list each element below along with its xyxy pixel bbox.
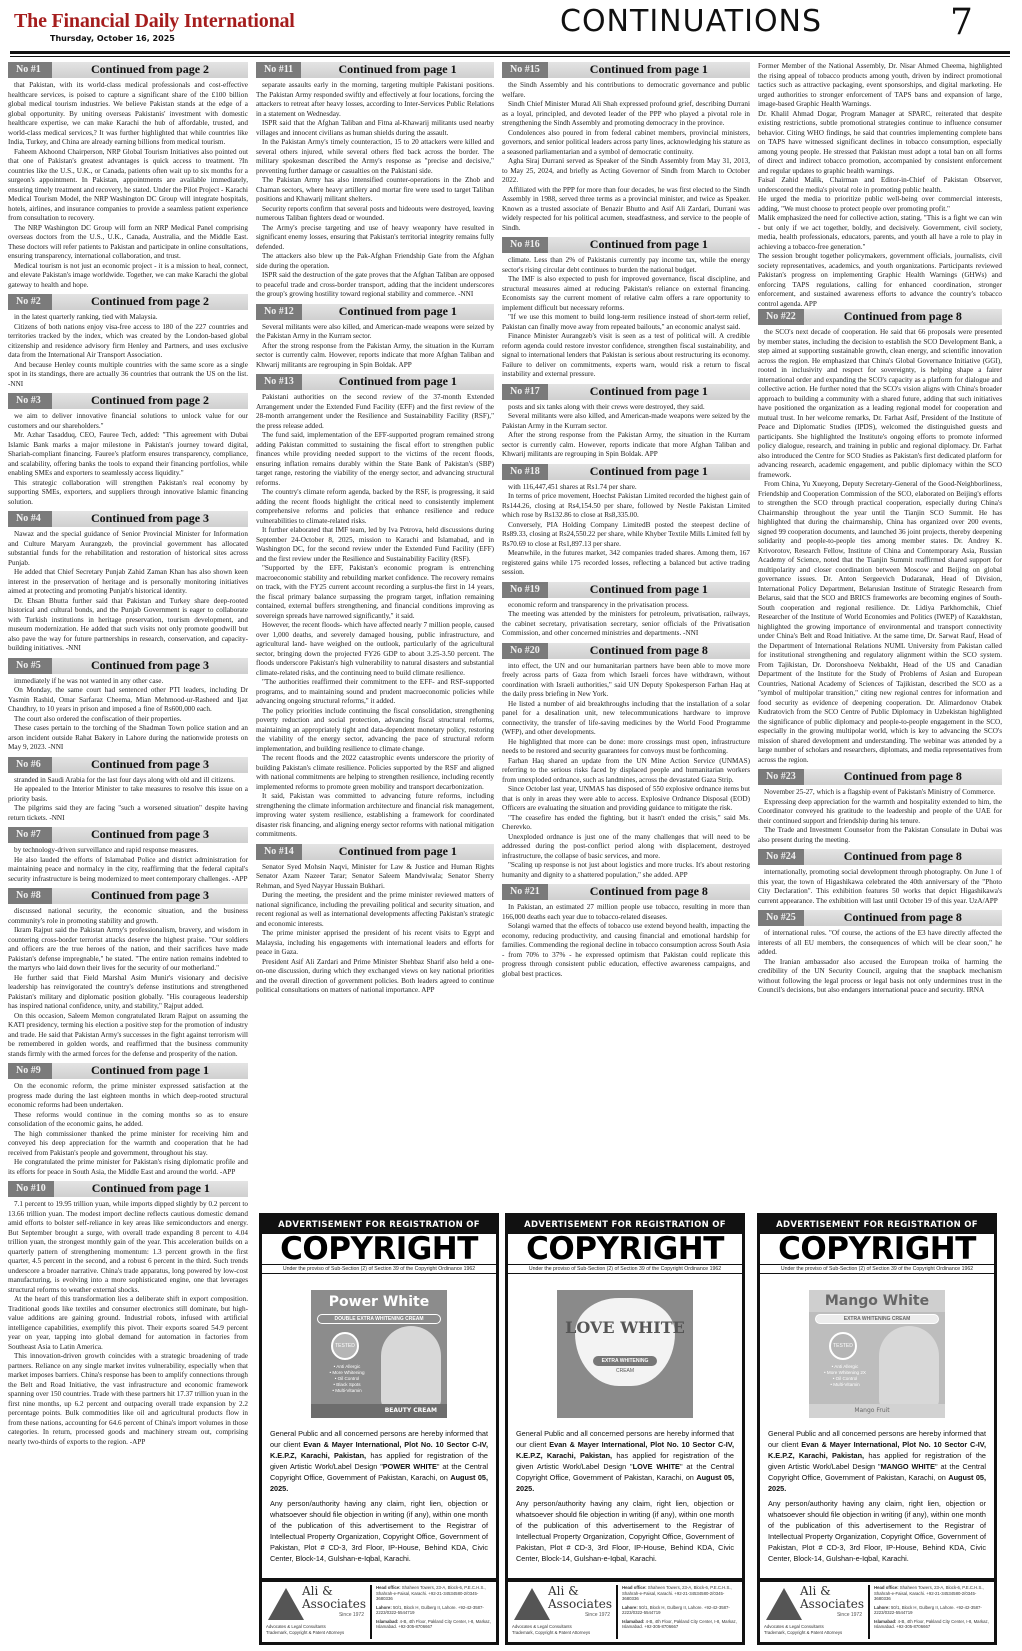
head-office-address: Head office: Shaheen Towers, 23-A, Block… — [874, 1585, 990, 1602]
continuation-article: No #18Continued from page 1with 116,447,… — [502, 464, 750, 578]
article-paragraph: posts and six tanks along with their cre… — [502, 403, 750, 413]
continuation-header: No #16Continued from page 1 — [502, 237, 750, 253]
article-paragraph: The Army's precise targeting and use of … — [256, 224, 494, 253]
article-paragraph: Former Member of the National Assembly, … — [758, 62, 1002, 110]
continued-from-label: Continued from page 1 — [548, 467, 750, 477]
article-paragraph: The NRP Washington DC Group will form an… — [8, 224, 248, 262]
product-label-image: LOVE WHITEEXTRA WHITENINGCREAM — [557, 1290, 693, 1418]
article-paragraph: the Sindh Assembly and his contributions… — [502, 81, 750, 100]
article-paragraph: On the economic reform, the prime minist… — [8, 1082, 248, 1111]
article-body: the SCO's next decade of cooperation. He… — [758, 328, 1002, 765]
ad-objection-paragraph: Any person/authority having any claim, r… — [270, 1498, 488, 1564]
design-name: POWER WHITE — [383, 1462, 437, 1471]
ad-headline: COPYRIGHT — [508, 1234, 742, 1265]
article-paragraph: Dr. Khalil Ahmad Dogar, Program Manager … — [758, 110, 1002, 177]
advertiser-name: Ali & Associates — [800, 1585, 868, 1611]
article-body: climate. Less than 2% of Pakistanis curr… — [502, 256, 750, 380]
column-4-lead-text: Former Member of the National Assembly, … — [758, 62, 1002, 309]
continued-from-label: Continued from page 1 — [54, 1184, 248, 1194]
page-number: 7 — [950, 2, 973, 43]
article-paragraph: The policy priorities include continuing… — [256, 707, 494, 755]
article-paragraph: Condolences also poured in from federal … — [502, 129, 750, 158]
article-paragraph: ISPR said the destruction of the gate pr… — [256, 271, 494, 300]
masthead-rule — [10, 51, 1010, 54]
advertiser-contacts: Head office: Shaheen Towers, 23-A, Block… — [868, 1585, 994, 1639]
advertiser-contacts: Head office: Shaheen Towers, 23-A, Block… — [370, 1585, 496, 1639]
article-paragraph: Faisal Zahid Malik, Chairman and Editor-… — [758, 176, 1002, 195]
continuation-header: No #20Continued from page 8 — [502, 643, 750, 659]
article-paragraph: He highlighted that more can be done: mo… — [502, 738, 750, 757]
article-paragraph: Nawaz and the special guidance of Senior… — [8, 530, 248, 568]
advertiser-contacts: Head office: Shaheen Towers, 23-A, Block… — [616, 1585, 742, 1639]
continuation-header: No #5Continued from page 3 — [8, 658, 248, 674]
ad-objection-paragraph: Any person/authority having any claim, r… — [768, 1498, 986, 1564]
ad-notice-paragraph: General Public and all concerned persons… — [270, 1428, 488, 1494]
article-number-badge: No #19 — [502, 582, 548, 598]
article-paragraph: Farhan Haq shared an update from the UN … — [502, 757, 750, 786]
ad-headline: COPYRIGHT — [262, 1234, 496, 1265]
tested-seal-icon: TESTED — [331, 1332, 359, 1360]
design-name: LOVE WHITE — [633, 1462, 680, 1471]
article-body: stranded in Saudi Arabia for the last fo… — [8, 776, 248, 824]
continuation-header: No #15Continued from page 1 — [502, 62, 750, 78]
ad-notice-paragraph: General Public and all concerned persons… — [516, 1428, 734, 1494]
article-paragraph: we aim to deliver innovative financial s… — [8, 412, 248, 431]
article-paragraph: He listed a number of aid breakthroughs … — [502, 700, 750, 738]
article-paragraph: On Monday, the same court had sentenced … — [8, 686, 248, 715]
continuation-header: No #23Continued from page 8 — [758, 769, 1002, 785]
triangle-logo-icon — [514, 1588, 550, 1620]
column-4: Former Member of the National Assembly, … — [758, 62, 1002, 1000]
continued-from-label: Continued from page 1 — [548, 585, 750, 595]
article-paragraph: He further said that Field Marshal Asim … — [8, 974, 248, 1012]
continuation-header: No #4Continued from page 3 — [8, 511, 248, 527]
article-number-badge: No #7 — [8, 827, 52, 843]
article-number-badge: No #20 — [502, 643, 548, 659]
article-paragraph: The IMF is also expected to push for imp… — [502, 275, 750, 313]
article-paragraph: Faheem Akhoond Chairperson, NRP Global T… — [8, 148, 248, 224]
continuation-article: No #3Continued from page 2we aim to deli… — [8, 393, 248, 507]
advertiser-logo: Ali & Associates Since 1972 Advocates & … — [262, 1582, 370, 1642]
lahore-address: Lahore: 50/1, Block H, Gulberg II, Lahor… — [874, 1605, 990, 1616]
continuation-header: No #7Continued from page 3 — [8, 827, 248, 843]
continued-from-label: Continued from page 3 — [52, 760, 248, 770]
product-footer: BEAUTY CREAM — [311, 1404, 447, 1418]
article-number-badge: No #21 — [502, 884, 548, 900]
continued-from-label: Continued from page 8 — [548, 646, 750, 656]
article-paragraph: The prime minister apprised the presiden… — [256, 929, 494, 958]
continuation-header: No #6Continued from page 3 — [8, 757, 248, 773]
continuation-article: No #15Continued from page 1the Sindh Ass… — [502, 62, 750, 233]
column-2: No #11Continued from page 1separate assa… — [256, 62, 494, 1000]
advertiser-name: Ali & Associates — [302, 1585, 370, 1611]
tested-seal-icon: TESTED — [829, 1332, 857, 1360]
continued-from-label: Continued from page 3 — [52, 891, 248, 901]
article-paragraph: 7.1 percent to 19.95 trillion yuan, whil… — [8, 1200, 248, 1295]
article-paragraph: stranded in Saudi Arabia for the last fo… — [8, 776, 248, 786]
article-paragraph: The Iranian ambassador also accused the … — [758, 958, 1002, 996]
continuation-article: No #12Continued from page 1Several milit… — [256, 304, 494, 371]
article-paragraph: "If we use this moment to build long-ter… — [502, 313, 750, 332]
copyright-ad-love-white: ADVERTISEMENT FOR REGISTRATION OF COPYRI… — [505, 1213, 745, 1645]
continued-from-label: Continued from page 1 — [548, 65, 750, 75]
continuation-header: No #2Continued from page 2 — [8, 294, 248, 310]
article-paragraph: It said, Pakistan was committed to advan… — [256, 792, 494, 840]
advertiser-footer: Ali & Associates Since 1972 Advocates & … — [508, 1578, 742, 1642]
continuation-header: No #1Continued from page 2 — [8, 62, 248, 78]
ad-subline: Under the proviso of Sub-Section (2) of … — [262, 1265, 496, 1274]
column-1: No #1Continued from page 2that Pakistan,… — [8, 62, 248, 1451]
continuation-article: No #9Continued from page 1On the economi… — [8, 1063, 248, 1177]
article-paragraph: Security reports confirm that several po… — [256, 205, 494, 224]
article-body: discussed national security, the economi… — [8, 907, 248, 1059]
triangle-logo-icon — [766, 1588, 802, 1620]
continuation-article: No #11Continued from page 1separate assa… — [256, 62, 494, 300]
article-paragraph: And because Henley counts multiple count… — [8, 361, 248, 390]
article-paragraph: Finance Minister Aurangzeb's visit is se… — [502, 332, 750, 380]
issue-date: Thursday, October 16, 2025 — [50, 34, 175, 43]
article-paragraph: The Pakistan Army has also intensified c… — [256, 176, 494, 205]
ad-headline: COPYRIGHT — [760, 1234, 994, 1265]
continued-from-label: Continued from page 1 — [52, 1066, 248, 1076]
continuation-header: No #18Continued from page 1 — [502, 464, 750, 480]
article-paragraph: These cases pertain to the torching of t… — [8, 724, 248, 753]
continuation-header: No #21Continued from page 8 — [502, 884, 750, 900]
article-paragraph: discussed national security, the economi… — [8, 907, 248, 926]
continued-from-label: Continued from page 1 — [302, 377, 494, 387]
article-paragraph: "Scaling up response is not just about l… — [502, 861, 750, 880]
article-number-badge: No #10 — [8, 1181, 54, 1197]
article-body: with 116,447,451 shares at Rs1.74 per sh… — [502, 483, 750, 578]
article-paragraph: The high commissioner thanked the prime … — [8, 1130, 248, 1159]
article-paragraph: Several militants were also killed, and … — [502, 412, 750, 431]
article-paragraph: In terms of price movement, Hoechst Paki… — [502, 492, 750, 521]
continuation-article: No #22Continued from page 8the SCO's nex… — [758, 309, 1002, 765]
lahore-address: Lahore: 50/1, Block H, Gulberg II, Lahor… — [622, 1605, 738, 1616]
head-office-address: Head office: Shaheen Towers, 23-A, Block… — [376, 1585, 492, 1602]
continued-from-label: Continued from page 8 — [804, 312, 1002, 322]
continuation-header: No #8Continued from page 3 — [8, 888, 248, 904]
article-paragraph: into effect, the UN and our humanitarian… — [502, 662, 750, 700]
advertiser-since: Since 1972 — [339, 1612, 364, 1618]
product-benefits: • Anti Allergic• More Whitening 2X• Oil … — [815, 1364, 875, 1388]
advertiser-since: Since 1972 — [837, 1612, 862, 1618]
advertiser-tagline: Advocates & Legal ConsultantsTrademark, … — [764, 1624, 842, 1635]
continuation-header: No #10Continued from page 1 — [8, 1181, 248, 1197]
continuation-article: No #16Continued from page 1climate. Less… — [502, 237, 750, 380]
article-paragraph: The country's climate reform agenda, bac… — [256, 488, 494, 526]
article-paragraph: He also lauded the efforts of Islamabad … — [8, 856, 248, 885]
advertiser-tagline: Advocates & Legal ConsultantsTrademark, … — [266, 1624, 344, 1635]
article-paragraph: Agha Siraj Durrani served as Speaker of … — [502, 157, 750, 186]
continuation-header: No #17Continued from page 1 — [502, 384, 750, 400]
advertiser-name: Ali & Associates — [548, 1585, 616, 1611]
continued-from-label: Continued from page 2 — [52, 396, 248, 406]
article-number-badge: No #25 — [758, 910, 804, 926]
continued-from-label: Continued from page 2 — [52, 65, 248, 75]
product-tagline: EXTRA WHITENING — [593, 1356, 657, 1366]
article-paragraph: However, the recent floods- which have a… — [256, 621, 494, 678]
article-paragraph: ISPR said that the Afghan Taliban and Fi… — [256, 119, 494, 138]
continuation-article: No #25Continued from page 8of internatio… — [758, 910, 1002, 996]
article-paragraph: Medical tourism is not just an economic … — [8, 262, 248, 291]
islamabad-address: Islamabad: 4-B, 4th Floor, Pakland City … — [874, 1619, 990, 1630]
article-paragraph: "The ceasefire has ended the fighting, b… — [502, 814, 750, 833]
article-paragraph: Meanwhile, in the futures market, 342 co… — [502, 549, 750, 578]
article-paragraph: The meeting was attended by the minister… — [502, 610, 750, 639]
article-paragraph: He appealed to the Interior Minister to … — [8, 785, 248, 804]
product-tagline: DOUBLE EXTRA WHITENING CREAM — [317, 1314, 441, 1324]
benefit-item: • Multi-Vitamin — [815, 1382, 875, 1388]
continuation-article: No #13Continued from page 1Pakistani aut… — [256, 374, 494, 840]
article-paragraph: economic reform and transparency in the … — [502, 601, 750, 611]
advertiser-since: Since 1972 — [585, 1612, 610, 1618]
copyright-ad-mango-white: ADVERTISEMENT FOR REGISTRATION OF COPYRI… — [757, 1213, 997, 1645]
product-type: CREAM — [557, 1368, 693, 1374]
continued-from-label: Continued from page 2 — [52, 297, 248, 307]
continued-from-label: Continued from page 8 — [548, 887, 750, 897]
article-body: of international rules. "Of course, the … — [758, 929, 1002, 996]
continuation-article: No #10Continued from page 17.1 percent t… — [8, 1181, 248, 1447]
advertiser-footer: Ali & Associates Since 1972 Advocates & … — [760, 1578, 994, 1642]
continued-from-label: Continued from page 1 — [302, 847, 494, 857]
product-label-image: Mango WhiteEXTRA WHITENING CREAMTESTED• … — [809, 1290, 945, 1418]
article-paragraph: the SCO's next decade of cooperation. He… — [758, 328, 1002, 480]
article-number-badge: No #23 — [758, 769, 804, 785]
islamabad-address: Islamabad: 4-B, 4th Floor, Pakland City … — [622, 1619, 738, 1630]
article-paragraph: immediately if he was not wanted in any … — [8, 677, 248, 687]
continuation-article: No #14Continued from page 1Senator Syed … — [256, 844, 494, 996]
article-paragraph: Several militants were also killed, and … — [256, 323, 494, 342]
ad-subline: Under the proviso of Sub-Section (2) of … — [760, 1265, 994, 1274]
article-body: 7.1 percent to 19.95 trillion yuan, whil… — [8, 1200, 248, 1447]
continued-from-label: Continued from page 1 — [548, 240, 750, 250]
article-paragraph: These reforms would continue in the comi… — [8, 1111, 248, 1130]
continuation-article: No #5Continued from page 3immediately if… — [8, 658, 248, 753]
product-name: Mango White — [809, 1290, 945, 1312]
article-body: November 25-27, which is a flagship even… — [758, 788, 1002, 845]
continued-from-label: Continued from page 1 — [301, 65, 494, 75]
article-body: that Pakistan, with its world-class medi… — [8, 81, 248, 290]
advertiser-logo: Ali & Associates Since 1972 Advocates & … — [508, 1582, 616, 1642]
article-paragraph: During the meeting, the president and th… — [256, 891, 494, 929]
article-paragraph: Sindh Chief Minister Murad Ali Shah expr… — [502, 100, 750, 129]
article-body: in the latest quarterly ranking, tied wi… — [8, 313, 248, 389]
article-paragraph: internationally, promoting social develo… — [758, 868, 1002, 906]
product-tagline: EXTRA WHITENING CREAM — [815, 1314, 939, 1324]
article-number-badge: No #9 — [8, 1063, 52, 1079]
article-paragraph: of international rules. "Of course, the … — [758, 929, 1002, 958]
continuation-article: No #4Continued from page 3Nawaz and the … — [8, 511, 248, 654]
article-number-badge: No #22 — [758, 309, 804, 325]
continued-from-label: Continued from page 3 — [52, 830, 248, 840]
article-paragraph: This innovation-driven growth coincides … — [8, 1352, 248, 1447]
continuation-article: No #21Continued from page 8In Pakistan, … — [502, 884, 750, 979]
article-body: internationally, promoting social develo… — [758, 868, 1002, 906]
product-name: LOVE WHITE — [557, 1320, 693, 1336]
article-number-badge: No #8 — [8, 888, 52, 904]
model-portrait-image — [381, 1326, 441, 1410]
model-portrait-image — [879, 1326, 939, 1410]
ad-subline: Under the proviso of Sub-Section (2) of … — [508, 1265, 742, 1274]
article-paragraph: "Supported by the EFF, Pakistan's econom… — [256, 564, 494, 621]
continuation-header: No #13Continued from page 1 — [256, 374, 494, 390]
article-paragraph: "The authorities reaffirmed their commit… — [256, 678, 494, 707]
article-number-badge: No #6 — [8, 757, 52, 773]
article-number-badge: No #2 — [8, 294, 52, 310]
article-paragraph: The session brought together policymaker… — [758, 252, 1002, 309]
article-paragraph: Ikram Rajput said the Pakistan Army's pr… — [8, 926, 248, 974]
continuation-article: No #17Continued from page 1posts and six… — [502, 384, 750, 460]
continuation-article: No #6Continued from page 3stranded in Sa… — [8, 757, 248, 824]
article-paragraph: At the heart of this transformation lies… — [8, 1295, 248, 1352]
article-paragraph: Solangi warned that the effects of tobac… — [502, 922, 750, 979]
continued-from-label: Continued from page 8 — [804, 772, 1002, 782]
continuation-header: No #24Continued from page 8 — [758, 849, 1002, 865]
article-paragraph: After the strong response from the Pakis… — [502, 431, 750, 460]
newspaper-name: The Financial Daily International — [14, 10, 295, 33]
article-number-badge: No #14 — [256, 844, 302, 860]
article-paragraph: President Asif Ali Zardari and Prime Min… — [256, 958, 494, 996]
product-benefits: • Anti Allergic• More Whitening• Oil Con… — [317, 1364, 377, 1394]
article-paragraph: with 116,447,451 shares at Rs1.74 per sh… — [502, 483, 750, 493]
article-paragraph: climate. Less than 2% of Pakistanis curr… — [502, 256, 750, 275]
article-number-badge: No #15 — [502, 62, 548, 78]
article-body: into effect, the UN and our humanitarian… — [502, 662, 750, 881]
article-paragraph: In Pakistan, an estimated 27 million peo… — [502, 903, 750, 922]
article-body: we aim to deliver innovative financial s… — [8, 412, 248, 507]
article-paragraph: Unexploded ordnance is just one of the m… — [502, 833, 750, 862]
article-body: by technology-driven surveillance and ra… — [8, 846, 248, 884]
masthead: The Financial Daily International Thursd… — [0, 0, 1022, 52]
continuation-article: No #2Continued from page 2in the latest … — [8, 294, 248, 389]
continuation-article: No #20Continued from page 8into effect, … — [502, 643, 750, 881]
lahore-address: Lahore: 50/1, Block H, Gulberg II, Lahor… — [376, 1605, 492, 1616]
article-body: economic reform and transparency in the … — [502, 601, 750, 639]
article-paragraph: Mr. Azhar Tasadduq, CEO, Fauree Tech, ad… — [8, 431, 248, 479]
article-paragraph: It further elaborated that IMF team, led… — [256, 526, 494, 564]
continued-from-label: Continued from page 1 — [302, 307, 494, 317]
advertiser-logo: Ali & Associates Since 1972 Advocates & … — [760, 1582, 868, 1642]
article-paragraph: in the latest quarterly ranking, tied wi… — [8, 313, 248, 323]
article-paragraph: November 25-27, which is a flagship even… — [758, 788, 1002, 798]
article-paragraph: Senator Syed Mohsin Naqvi, Minister for … — [256, 863, 494, 892]
article-paragraph: The court also ordered the confiscation … — [8, 715, 248, 725]
continued-from-label: Continued from page 3 — [52, 514, 248, 524]
article-number-badge: No #24 — [758, 849, 804, 865]
article-paragraph: This strategic collaboration will streng… — [8, 479, 248, 508]
advertiser-tagline: Advocates & Legal ConsultantsTrademark, … — [512, 1624, 590, 1635]
product-name: Power White — [311, 1294, 447, 1310]
section-title: CONTINUATIONS — [560, 4, 822, 39]
article-body: the Sindh Assembly and his contributions… — [502, 81, 750, 233]
continuation-article: No #24Continued from page 8international… — [758, 849, 1002, 906]
ad-notice-paragraph: General Public and all concerned persons… — [768, 1428, 986, 1494]
article-paragraph: The Trade and Investment Counselor from … — [758, 826, 1002, 845]
triangle-logo-icon — [268, 1588, 304, 1620]
article-number-badge: No #18 — [502, 464, 548, 480]
benefit-item: • Multi-Vitamin — [317, 1388, 377, 1394]
article-paragraph: On this occasion, Saleem Memon congratul… — [8, 1012, 248, 1060]
continued-from-label: Continued from page 8 — [804, 852, 1002, 862]
head-office-address: Head office: Shaheen Towers, 23-A, Block… — [622, 1585, 738, 1602]
article-body: Senator Syed Mohsin Naqvi, Minister for … — [256, 863, 494, 996]
copyright-ad-power-white: ADVERTISEMENT FOR REGISTRATION OF COPYRI… — [259, 1213, 499, 1645]
article-paragraph: separate assaults early in the morning, … — [256, 81, 494, 119]
article-number-badge: No #11 — [256, 62, 301, 78]
article-body: On the economic reform, the prime minist… — [8, 1082, 248, 1177]
product-label-image: Power WhiteDOUBLE EXTRA WHITENING CREAMT… — [311, 1290, 447, 1418]
article-number-badge: No #1 — [8, 62, 52, 78]
article-paragraph: Pakistani authorities on the second revi… — [256, 393, 494, 431]
article-number-badge: No #13 — [256, 374, 302, 390]
article-number-badge: No #16 — [502, 237, 548, 253]
article-paragraph: Malik emphasized the need for collective… — [758, 214, 1002, 252]
article-body: Pakistani authorities on the second revi… — [256, 393, 494, 840]
ad-notice: General Public and all concerned persons… — [262, 1424, 496, 1564]
article-number-badge: No #5 — [8, 658, 52, 674]
ad-notice: General Public and all concerned persons… — [760, 1424, 994, 1564]
article-paragraph: He added that Chief Secretary Punjab Zah… — [8, 568, 248, 597]
article-paragraph: The attackers also blew up the Pak-Afgha… — [256, 252, 494, 271]
product-footer: Mango Fruit — [809, 1404, 945, 1418]
continuation-header: No #9Continued from page 1 — [8, 1063, 248, 1079]
continuation-header: No #22Continued from page 8 — [758, 309, 1002, 325]
article-body: Nawaz and the special guidance of Senior… — [8, 530, 248, 654]
continuation-article: No #1Continued from page 2that Pakistan,… — [8, 62, 248, 290]
continued-from-label: Continued from page 8 — [804, 913, 1002, 923]
continued-from-label: Continued from page 1 — [548, 387, 750, 397]
article-paragraph: The fund said, implementation of the EFF… — [256, 431, 494, 488]
continuation-header: No #25Continued from page 8 — [758, 910, 1002, 926]
article-body: In Pakistan, an estimated 27 million peo… — [502, 903, 750, 979]
continuation-article: No #19Continued from page 1economic refo… — [502, 582, 750, 639]
article-paragraph: that Pakistan, with its world-class medi… — [8, 81, 248, 148]
article-paragraph: Citizens of both nations enjoy visa-free… — [8, 323, 248, 361]
design-name: MANGO WHITE — [881, 1462, 935, 1471]
article-paragraph: by technology-driven surveillance and ra… — [8, 846, 248, 856]
continued-from-label: Continued from page 3 — [52, 661, 248, 671]
continuation-header: No #12Continued from page 1 — [256, 304, 494, 320]
continuation-article: No #8Continued from page 3discussed nati… — [8, 888, 248, 1059]
article-paragraph: The pilgrims said they are facing "such … — [8, 804, 248, 823]
article-body: immediately if he was not wanted in any … — [8, 677, 248, 753]
article-paragraph: Conversely, PIA Holding Company LimitedB… — [502, 521, 750, 550]
article-paragraph: The recent floods and the 2022 catastrop… — [256, 754, 494, 792]
article-number-badge: No #3 — [8, 393, 52, 409]
article-paragraph: After the strong response from the Pakis… — [256, 342, 494, 371]
article-number-badge: No #12 — [256, 304, 302, 320]
continuation-header: No #3Continued from page 2 — [8, 393, 248, 409]
islamabad-address: Islamabad: 4-B, 4th Floor, Pakland City … — [376, 1619, 492, 1630]
ad-notice: General Public and all concerned persons… — [508, 1424, 742, 1564]
continuation-article: No #7Continued from page 3by technology-… — [8, 827, 248, 884]
continuation-article: No #23Continued from page 8November 25-2… — [758, 769, 1002, 845]
article-paragraph: He urged the media to prioritize public … — [758, 195, 1002, 214]
article-paragraph: Affiliated with the PPP for more than fo… — [502, 186, 750, 234]
article-paragraph: In the Pakistan Army's timely counteract… — [256, 138, 494, 176]
masthead-rule-thin — [10, 56, 1010, 57]
article-paragraph: Expressing deep appreciation for the war… — [758, 798, 1002, 827]
ad-objection-paragraph: Any person/authority having any claim, r… — [516, 1498, 734, 1564]
continuation-header: No #14Continued from page 1 — [256, 844, 494, 860]
continuation-header: No #11Continued from page 1 — [256, 62, 494, 78]
article-body: Several militants were also killed, and … — [256, 323, 494, 371]
article-paragraph: Since October last year, UNMAS has dispo… — [502, 785, 750, 814]
article-paragraph: He congratulated the prime minister for … — [8, 1158, 248, 1177]
article-paragraph: Dr. Ehsan Bhutta further said that Pakis… — [8, 597, 248, 654]
article-number-badge: No #4 — [8, 511, 52, 527]
